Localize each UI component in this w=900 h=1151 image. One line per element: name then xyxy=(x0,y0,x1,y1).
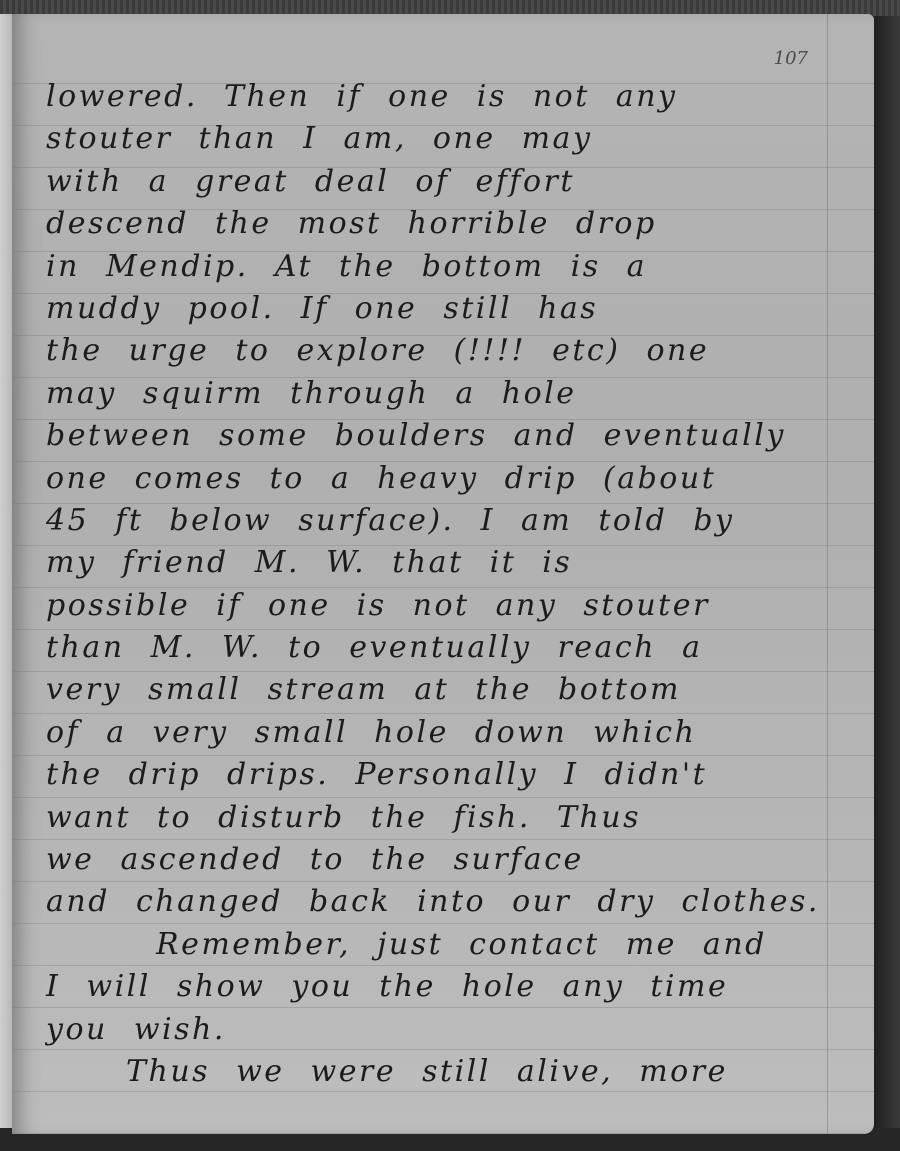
notebook-right-edge xyxy=(874,16,900,1151)
text-line: descend the most horrible drop xyxy=(46,203,846,245)
text-line: between some boulders and eventually xyxy=(46,415,846,457)
text-line: I will show you the hole any time xyxy=(46,966,846,1008)
text-line: the urge to explore (!!!! etc) one xyxy=(46,330,846,372)
text-line: muddy pool. If one still has xyxy=(46,288,846,330)
text-line: stouter than I am, one may xyxy=(46,118,846,160)
text-line: may squirm through a hole xyxy=(46,373,846,415)
text-line: my friend M. W. that it is xyxy=(46,542,846,584)
text-line: Thus we were still alive, more xyxy=(46,1051,846,1093)
text-line: with a great deal of effort xyxy=(46,161,846,203)
handwritten-text: lowered. Then if one is not anystouter t… xyxy=(46,76,846,1093)
text-line: you wish. xyxy=(46,1009,846,1051)
notebook-page: 107 lowered. Then if one is not anystout… xyxy=(12,14,874,1134)
text-line: and changed back into our dry clothes. xyxy=(46,881,846,923)
text-line: very small stream at the bottom xyxy=(46,669,846,711)
text-line: than M. W. to eventually reach a xyxy=(46,627,846,669)
text-line: the drip drips. Personally I didn't xyxy=(46,754,846,796)
text-line: 45 ft below surface). I am told by xyxy=(46,500,846,542)
text-line: Remember, just contact me and xyxy=(46,924,846,966)
text-line: in Mendip. At the bottom is a xyxy=(46,246,846,288)
page-number: 107 xyxy=(774,48,808,69)
text-line: want to disturb the fish. Thus xyxy=(46,797,846,839)
text-line: possible if one is not any stouter xyxy=(46,585,846,627)
text-line: lowered. Then if one is not any xyxy=(46,76,846,118)
text-line: of a very small hole down which xyxy=(46,712,846,754)
text-line: one comes to a heavy drip (about xyxy=(46,458,846,500)
text-line: we ascended to the surface xyxy=(46,839,846,881)
